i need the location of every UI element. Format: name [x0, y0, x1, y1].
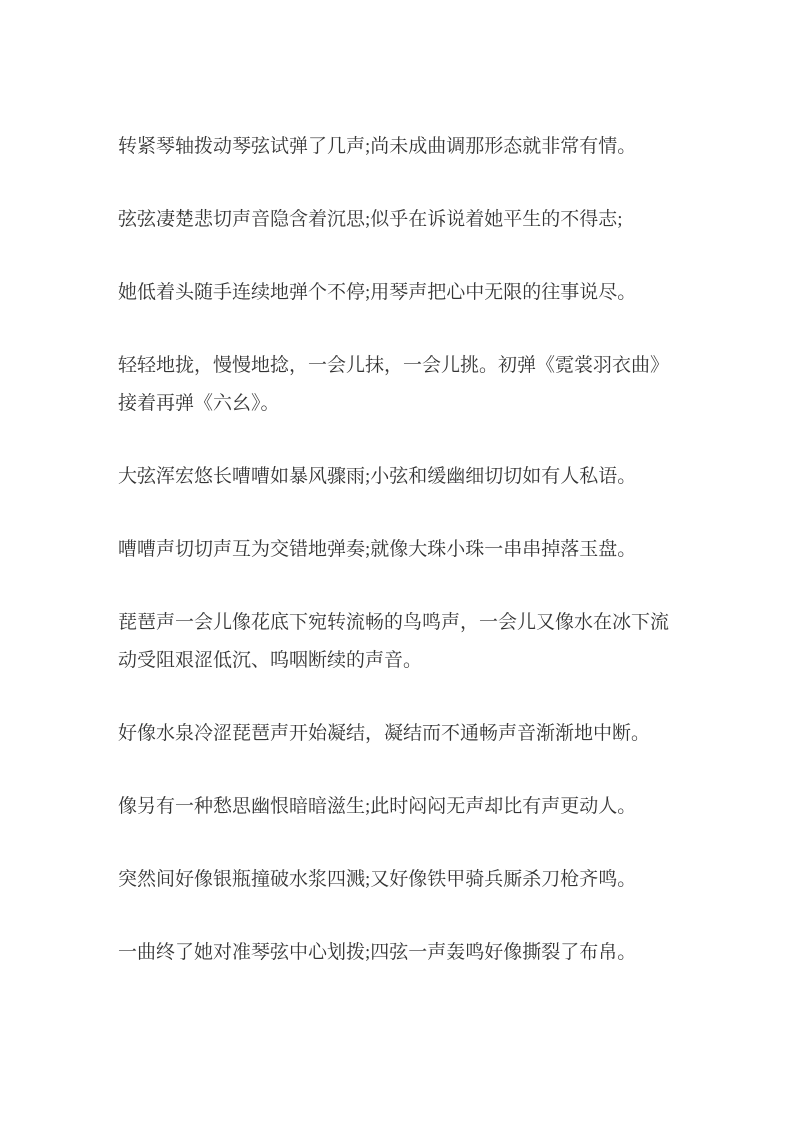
document-page: 转紧琴轴拨动琴弦试弹了几声;尚未成曲调那形态就非常有情。弦弦凄楚悲切声音隐含着沉…	[0, 0, 800, 1132]
paragraph: 琵琶声一会儿像花底下宛转流畅的鸟鸣声，一会儿又像水在冰下流动受阻艰涩低沉、呜咽断…	[118, 604, 678, 680]
paragraph: 突然间好像银瓶撞破水浆四溅;又好像铁甲骑兵厮杀刀枪齐鸣。	[118, 861, 678, 899]
paragraph: 她低着头随手连续地弹个不停;用琴声把心中无限的往事说尽。	[118, 274, 678, 312]
paragraph: 转紧琴轴拨动琴弦试弹了几声;尚未成曲调那形态就非常有情。	[118, 128, 678, 166]
paragraph: 像另有一种愁思幽恨暗暗滋生;此时闷闷无声却比有声更动人。	[118, 788, 678, 826]
paragraph: 轻轻地拢，慢慢地捻，一会儿抹，一会儿挑。初弹《霓裳羽衣曲》接着再弹《六幺》。	[118, 347, 678, 423]
document-content: 转紧琴轴拨动琴弦试弹了几声;尚未成曲调那形态就非常有情。弦弦凄楚悲切声音隐含着沉…	[118, 128, 678, 972]
paragraph: 嘈嘈声切切声互为交错地弹奏;就像大珠小珠一串串掉落玉盘。	[118, 531, 678, 569]
paragraph: 好像水泉冷涩琵琶声开始凝结，凝结而不通畅声音渐渐地中断。	[118, 715, 678, 753]
paragraph: 弦弦凄楚悲切声音隐含着沉思;似乎在诉说着她平生的不得志;	[118, 201, 678, 239]
paragraph: 一曲终了她对准琴弦中心划拨;四弦一声轰鸣好像撕裂了布帛。	[118, 934, 678, 972]
paragraph: 大弦浑宏悠长嘈嘈如暴风骤雨;小弦和缓幽细切切如有人私语。	[118, 458, 678, 496]
